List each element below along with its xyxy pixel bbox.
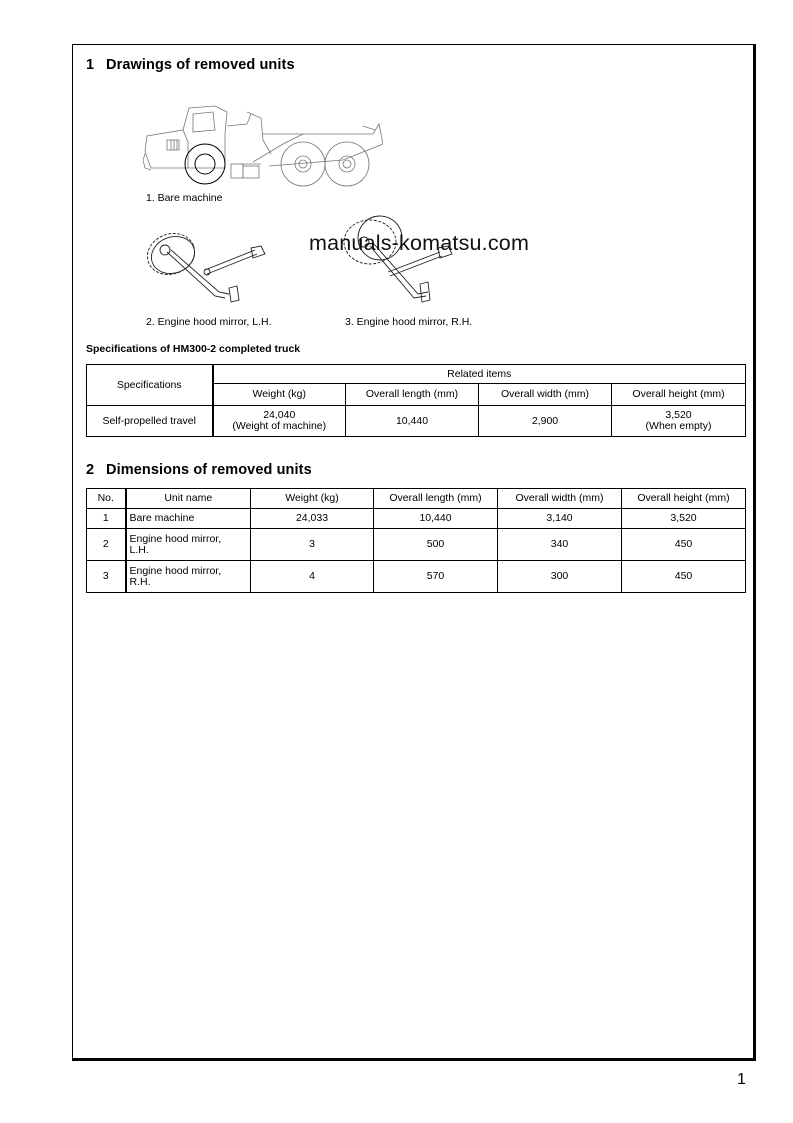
spec-header-specifications: Specifications — [87, 365, 213, 406]
dim-width: 3,140 — [498, 509, 622, 529]
dim-col-height: Overall height (mm) — [622, 489, 746, 509]
table-row: 2 Engine hood mirror,L.H. 3 500 340 450 — [87, 529, 746, 561]
dim-col-no: No. — [87, 489, 126, 509]
spec-col-width: Overall width (mm) — [479, 384, 612, 406]
dim-no: 2 — [87, 529, 126, 561]
dim-no: 3 — [87, 561, 126, 593]
spec-col-height: Overall height (mm) — [612, 384, 746, 406]
dim-length: 570 — [374, 561, 498, 593]
dim-no: 1 — [87, 509, 126, 529]
dim-unit-name-line2: R.H. — [130, 577, 251, 588]
dim-weight: 3 — [251, 529, 374, 561]
dim-unit-name-line1: Engine hood mirror, — [130, 534, 251, 545]
section-1-heading: 1Drawings of removed units — [86, 57, 295, 73]
dim-weight: 24,033 — [251, 509, 374, 529]
dim-col-unit-name: Unit name — [126, 489, 251, 509]
dim-col-weight: Weight (kg) — [251, 489, 374, 509]
dim-height: 450 — [622, 561, 746, 593]
section-2-title: Dimensions of removed units — [106, 462, 312, 478]
dim-height: 3,520 — [622, 509, 746, 529]
dim-col-width: Overall width (mm) — [498, 489, 622, 509]
dim-width: 300 — [498, 561, 622, 593]
spec-col-weight: Weight (kg) — [213, 384, 346, 406]
figure-3-caption: 3. Engine hood mirror, R.H. — [345, 316, 472, 328]
figure-2-caption: 2. Engine hood mirror, L.H. — [146, 316, 271, 328]
mirror-lh-drawing-icon — [145, 220, 275, 310]
dim-unit-name: Bare machine — [126, 509, 251, 529]
dim-weight: 4 — [251, 561, 374, 593]
section-1-title: Drawings of removed units — [106, 57, 295, 73]
dim-unit-name: Engine hood mirror,R.H. — [126, 561, 251, 593]
dim-col-length: Overall length (mm) — [374, 489, 498, 509]
spec-length-value: 10,440 — [346, 406, 479, 437]
section-2-heading: 2Dimensions of removed units — [86, 462, 312, 478]
spec-header-related: Related items — [213, 365, 746, 384]
dim-height: 450 — [622, 529, 746, 561]
dimensions-header-row: No. Unit name Weight (kg) Overall length… — [87, 489, 746, 509]
dump-truck-drawing-icon — [143, 104, 383, 190]
dim-unit-name: Engine hood mirror,L.H. — [126, 529, 251, 561]
spec-table: Specifications Related items Weight (kg)… — [86, 364, 746, 437]
section-1-number: 1 — [86, 57, 106, 73]
spec-weight-cell: 24,040(Weight of machine) — [213, 406, 346, 437]
watermark: manuals-komatsu.com — [309, 231, 529, 256]
dim-width: 340 — [498, 529, 622, 561]
spec-table-title: Specifications of HM300-2 completed truc… — [86, 343, 300, 355]
dim-unit-name-line1: Engine hood mirror, — [130, 566, 251, 577]
page-number: 1 — [737, 1071, 746, 1089]
spec-width-value: 2,900 — [479, 406, 612, 437]
spec-col-length: Overall length (mm) — [346, 384, 479, 406]
section-2-number: 2 — [86, 462, 106, 478]
spec-weight-note: (Weight of machine) — [214, 421, 346, 432]
spec-height-cell: 3,520(When empty) — [612, 406, 746, 437]
table-row: 1 Bare machine 24,033 10,440 3,140 3,520 — [87, 509, 746, 529]
spec-height-note: (When empty) — [612, 421, 745, 432]
spec-row-label: Self-propelled travel — [87, 406, 213, 437]
dim-length: 500 — [374, 529, 498, 561]
dim-length: 10,440 — [374, 509, 498, 529]
dimensions-table: No. Unit name Weight (kg) Overall length… — [86, 488, 746, 593]
mirror-rh-drawing-icon — [340, 212, 460, 312]
dim-unit-name-line2: L.H. — [130, 545, 251, 556]
figure-1-caption: 1. Bare machine — [146, 192, 222, 204]
table-row: 3 Engine hood mirror,R.H. 4 570 300 450 — [87, 561, 746, 593]
table-row: Self-propelled travel 24,040(Weight of m… — [87, 406, 746, 437]
